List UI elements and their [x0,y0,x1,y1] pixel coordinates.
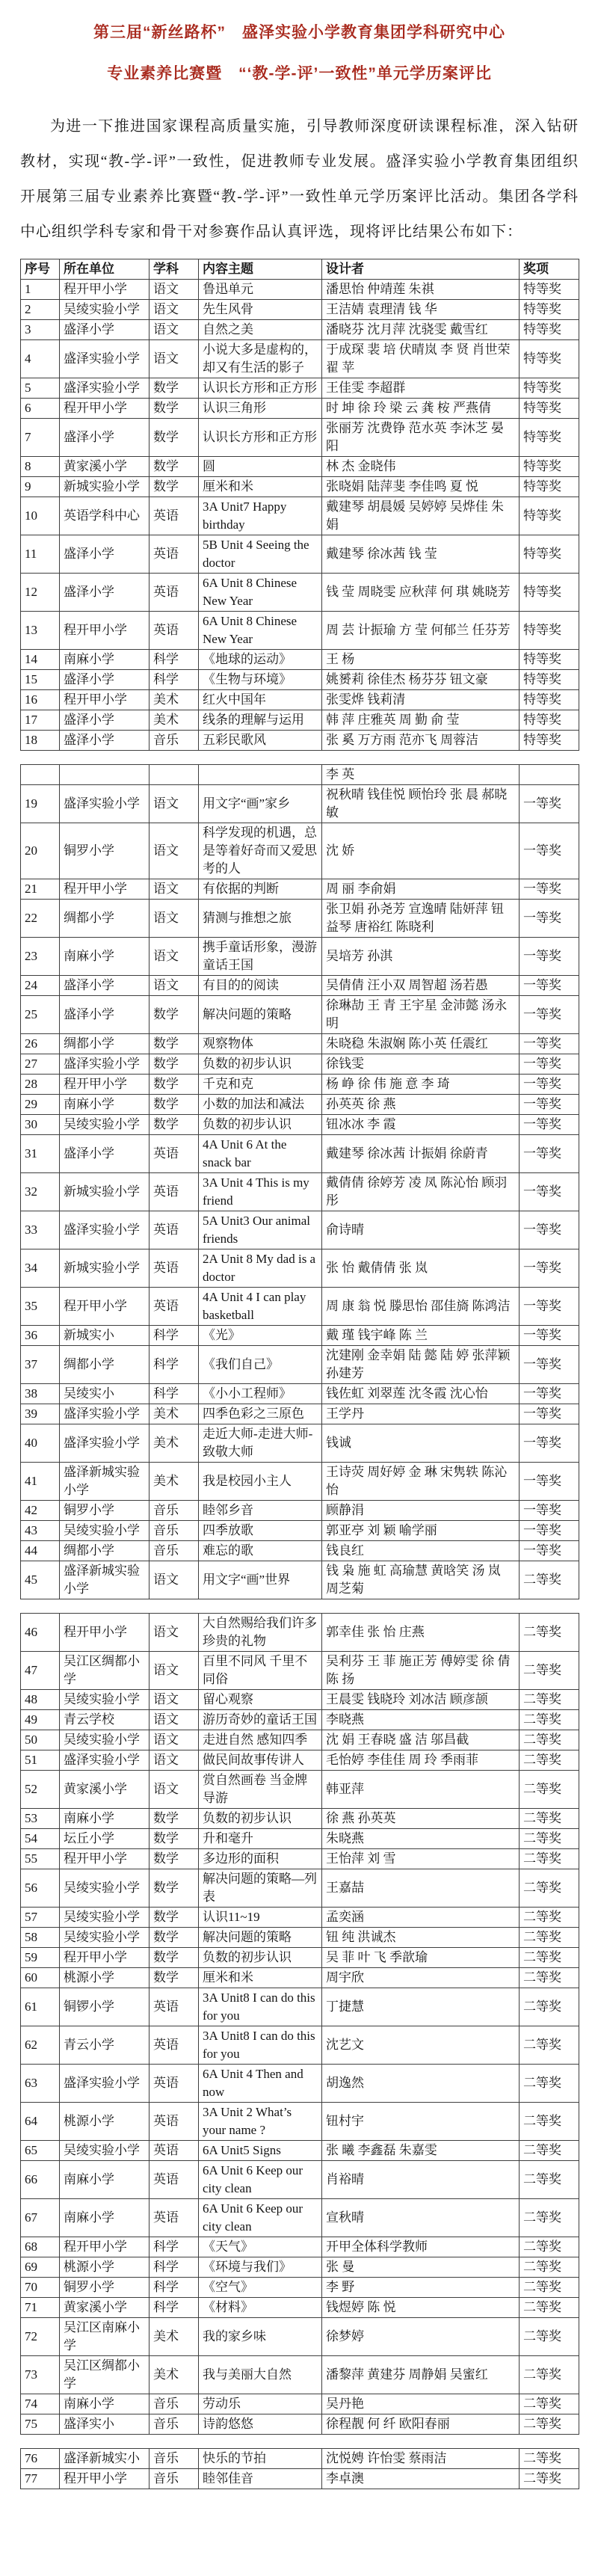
cell-school: 绸都小学 [60,1541,149,1561]
cell-no: 34 [21,1249,60,1288]
cell-topic: 劳动乐 [199,2394,322,2414]
cell-school: 桃源小学 [60,2257,149,2278]
cell-school: 吴绫实验小学 [60,1521,149,1541]
cell-subject: 英语 [149,2026,199,2065]
table-row: 29南麻小学数学小数的加法和减法孙英英 徐 燕一等奖 [21,1095,579,1115]
table-row: 9新城实验小学数学厘米和米张晓娟 陆萍斐 李佳鸣 夏 悦特等奖 [21,477,579,497]
cell-award: 二等奖 [520,1948,579,1968]
cell-award: 特等奖 [520,574,579,612]
table-row: 31盛泽小学英语4A Unit 6 At the snack bar戴建琴 徐冰… [21,1135,579,1173]
cell-designers: 徐钱雯 [322,1054,520,1075]
cell-no: 23 [21,938,60,976]
cell-subject: 语文 [149,1652,199,1690]
cell-topic: 认识11~19 [199,1908,322,1928]
cell-designers: 顾静涓 [322,1501,520,1521]
cell-subject: 科学 [149,2278,199,2298]
cell-no: 39 [21,1404,60,1424]
cell-no: 21 [21,879,60,900]
cell-designers: 张 曦 李鑫磊 朱嘉雯 [322,2141,520,2161]
cell-school: 盛泽小学 [60,976,149,996]
cell-subject: 语文 [149,320,199,340]
cell-designers: 王怡萍 刘 雪 [322,1849,520,1869]
cell-designers: 肖裕晴 [322,2161,520,2199]
cell-subject: 数学 [149,1928,199,1948]
cell-no: 27 [21,1054,60,1075]
cell-designers: 钱 枭 施 虹 高瑜慧 黄晗笑 汤 岚 周芝菊 [322,1561,520,1599]
cell-school: 程开甲小学 [60,1948,149,1968]
cell-designers: 张 奚 万方雨 范亦飞 周蓉洁 [322,731,520,751]
cell-designers: 钮冰冰 李 霞 [322,1115,520,1135]
cell-subject: 音乐 [149,731,199,751]
table-row: 57吴绫实验小学数学认识11~19孟奕涵二等奖 [21,1908,579,1928]
award-tables: 序号所在单位学科内容主题设计者奖项1程开甲小学语文鲁迅单元潘思怡 仲靖莲 朱祺特… [20,259,579,2489]
cell-no: 57 [21,1908,60,1928]
cell-designers: 张丽芳 沈费铮 范水英 李沐芝 晏 阳 [322,419,520,457]
cell-subject: 数学 [149,1908,199,1928]
cell-topic: 2A Unit 8 My dad is a doctor [199,1249,322,1288]
cell-no: 9 [21,477,60,497]
cell-topic: 负数的初步认识 [199,1054,322,1075]
cell-designers: 朱晓稳 朱淑娴 陈小英 任震红 [322,1034,520,1054]
table-row: 25盛泽小学数学解决问题的策略徐琳劼 王 青 王宇星 金沛懿 汤永明一等奖 [21,996,579,1034]
cell-award: 二等奖 [520,2161,579,2199]
cell-subject: 英语 [149,1135,199,1173]
table-row: 6程开甲小学数学认识三角形时 坤 徐 玲 梁 云 龚 桉 严燕倩特等奖 [21,399,579,419]
cell-school: 吴江区绸都小学 [60,1652,149,1690]
cell-no: 71 [21,2298,60,2318]
cell-topic: 我的家乡味 [199,2318,322,2356]
cell-award: 一等奖 [520,1541,579,1561]
cell-no: 64 [21,2103,60,2141]
cell-designers: 潘思怡 仲靖莲 朱祺 [322,280,520,300]
table-row: 46程开甲小学语文大自然赐给我们许多珍贵的礼物郭幸佳 张 怡 庄燕二等奖 [21,1614,579,1652]
cell-designers: 潘晓芬 沈月萍 沈骁雯 戴雪红 [322,320,520,340]
table-row: 63盛泽实验小学英语6A Unit 4 Then and now胡逸然二等奖 [21,2065,579,2103]
cell-no: 42 [21,1501,60,1521]
cell-award: 二等奖 [520,2356,579,2394]
award-table-segment-1: 序号所在单位学科内容主题设计者奖项1程开甲小学语文鲁迅单元潘思怡 仲靖莲 朱祺特… [20,259,579,751]
award-table-segment-2: 李 英19盛泽实验小学语文用文字“画”家乡祝秋晴 钱佳悦 顾怡玲 张 晨 郝晓敏… [20,764,579,1599]
cell-topic: 厘米和米 [199,1968,322,1988]
cell-subject: 数学 [149,419,199,457]
table-row: 42铜罗小学音乐睦邻乡音顾静涓一等奖 [21,1501,579,1521]
cell-no: 58 [21,1928,60,1948]
cell-award: 特等奖 [520,300,579,320]
cell-subject: 数学 [149,1809,199,1829]
cell-award: 二等奖 [520,2065,579,2103]
cell-designers: 钱煜婷 陈 悦 [322,2298,520,2318]
cell-no: 47 [21,1652,60,1690]
table-row: 53南麻小学数学负数的初步认识徐 燕 孙英英二等奖 [21,1809,579,1829]
cell-designers: 于成琛 裴 培 伏晴岚 李 贤 肖世荣 翟 苹 [322,340,520,378]
cell-school: 南麻小学 [60,2199,149,2237]
cell-topic: 《天气》 [199,2237,322,2257]
cell-school: 南麻小学 [60,938,149,976]
table-row: 19盛泽实验小学语文用文字“画”家乡祝秋晴 钱佳悦 顾怡玲 张 晨 郝晓敏一等奖 [21,785,579,823]
table-row: 72吴江区南麻小学美术我的家乡味徐梦婷二等奖 [21,2318,579,2356]
cell-subject: 美术 [149,1404,199,1424]
cell-award: 二等奖 [520,1988,579,2026]
cell-no: 14 [21,650,60,670]
cell-designers: 孙英英 徐 燕 [322,1095,520,1115]
cell-no: 55 [21,1849,60,1869]
cell-school: 盛泽新城实验小学 [60,1463,149,1501]
table-row: 24盛泽小学语文有目的的阅读吴倩倩 汪小双 周智超 汤若愚一等奖 [21,976,579,996]
cell-designers: 李 野 [322,2278,520,2298]
cell-no: 70 [21,2278,60,2298]
cell-subject: 音乐 [149,1521,199,1541]
cell-subject: 英语 [149,1173,199,1211]
cell-designers: 钱良红 [322,1541,520,1561]
cell-designers: 李卓澳 [322,2469,520,2489]
cell-designers: 俞诗晴 [322,1211,520,1249]
cell-designers: 沈悦娉 许怡雯 蔡雨洁 [322,2449,520,2469]
cell-award: 特等奖 [520,320,579,340]
cell-award: 特等奖 [520,690,579,710]
cell-designers: 王嘉喆 [322,1869,520,1908]
table-row: 71黄家溪小学科学《材料》钱煜婷 陈 悦二等奖 [21,2298,579,2318]
cell-school: 盛泽实验小学 [60,1424,149,1463]
cell-subject: 科学 [149,650,199,670]
cell-school: 吴绫实验小学 [60,1730,149,1750]
cell-award: 二等奖 [520,1869,579,1908]
cell-topic: 6A Unit 6 Keep our city clean [199,2161,322,2199]
cell-award: 一等奖 [520,1501,579,1521]
cell-topic: 6A Unit 8 Chinese New Year [199,574,322,612]
cell-designers: 沈 娟 王春晓 盛 洁 邬昌截 [322,1730,520,1750]
cell-designers: 吴倩倩 汪小双 周智超 汤若愚 [322,976,520,996]
table-row: 61铜锣小学英语3A Unit8 I can do this for you丁捷… [21,1988,579,2026]
cell-no: 20 [21,823,60,879]
cell-designers: 宣秋晴 [322,2199,520,2237]
cell-subject: 英语 [149,1988,199,2026]
cell-award: 二等奖 [520,2237,579,2257]
cell-school: 盛泽小学 [60,731,149,751]
cell-subject: 英语 [149,2065,199,2103]
cell-no: 73 [21,2356,60,2394]
cell-award: 一等奖 [520,785,579,823]
cell-school: 盛泽实验小学 [60,2065,149,2103]
cell-no: 50 [21,1730,60,1750]
cell-school: 吴绫实验小学 [60,1869,149,1908]
cell-subject: 美术 [149,710,199,731]
cell-topic: 厘米和米 [199,477,322,497]
cell-award: 二等奖 [520,1968,579,1988]
table-row: 7盛泽小学数学认识长方形和正方形张丽芳 沈费铮 范水英 李沐芝 晏 阳特等奖 [21,419,579,457]
cell-subject [149,765,199,785]
cell-designers: 徐梦婷 [322,2318,520,2356]
cell-no: 1 [21,280,60,300]
intro-paragraph: 为进一下推进国家课程高质量实施，引导教师深度研读课程标准，深入钻研教材，实现“教… [20,109,579,250]
cell-award: 二等奖 [520,1614,579,1652]
table-row: 16程开甲小学美术红火中国年张雯烨 钱莉清特等奖 [21,690,579,710]
cell-no: 35 [21,1288,60,1326]
cell-topic: 《空气》 [199,2278,322,2298]
cell-school: 吴绫实验小学 [60,2141,149,2161]
cell-no: 31 [21,1135,60,1173]
cell-school: 盛泽小学 [60,574,149,612]
cell-topic: 做民间故事传讲人 [199,1750,322,1771]
cell-topic: 赏自然画卷 当金牌导游 [199,1771,322,1809]
table-row: 11盛泽小学英语5B Unit 4 Seeing the doctor戴建琴 徐… [21,535,579,574]
cell-award: 一等奖 [520,823,579,879]
cell-award: 一等奖 [520,1384,579,1404]
cell-award: 二等奖 [520,2103,579,2141]
cell-topic: 我是校园小主人 [199,1463,322,1501]
cell-designers: 徐琳劼 王 青 王宇星 金沛懿 汤永明 [322,996,520,1034]
cell-subject: 数学 [149,477,199,497]
cell-no: 59 [21,1948,60,1968]
cell-award: 一等奖 [520,1249,579,1288]
cell-subject: 语文 [149,938,199,976]
cell-topic: 6A Unit 6 Keep our city clean [199,2199,322,2237]
cell-topic: 走近大师-走进大师-致敬大师 [199,1424,322,1463]
cell-school: 吴江区绸都小学 [60,2356,149,2394]
cell-topic: 携手童话形象，漫游童话王国 [199,938,322,976]
table-row: 76盛泽新城实小音乐快乐的节拍沈悦娉 许怡雯 蔡雨洁二等奖 [21,2449,579,2469]
cell-school: 程开甲小学 [60,1075,149,1095]
cell-no: 43 [21,1521,60,1541]
cell-designers: 周 丽 李俞娟 [322,879,520,900]
cell-subject: 音乐 [149,2469,199,2489]
cell-topic: 6A Unit 4 Then and now [199,2065,322,2103]
cell-topic: 3A Unit8 I can do this for you [199,1988,322,2026]
cell-no: 5 [21,378,60,399]
table-row: 13程开甲小学英语6A Unit 8 Chinese New Year周 芸 计… [21,612,579,650]
cell-school: 南麻小学 [60,2394,149,2414]
cell-subject: 数学 [149,457,199,477]
cell-award: 二等奖 [520,1809,579,1829]
table-row: 41盛泽新城实验小学美术我是校园小主人王诗荧 周好婷 金 琳 宋隽轶 陈沁怡一等… [21,1463,579,1501]
cell-topic: 先生风骨 [199,300,322,320]
cell-school: 程开甲小学 [60,280,149,300]
cell-subject: 科学 [149,2257,199,2278]
cell-designers: 戴倩倩 徐婷芳 凌 凤 陈沁怡 顾羽彤 [322,1173,520,1211]
cell-school: 盛泽小学 [60,1135,149,1173]
cell-subject: 英语 [149,612,199,650]
table-row: 47吴江区绸都小学语文百里不同风 千里不同俗吴利芬 王 菲 施正芳 傅婷雯 徐 … [21,1652,579,1690]
cell-designers: 吴利芬 王 菲 施正芳 傅婷雯 徐 倩 陈 扬 [322,1652,520,1690]
table-row: 1程开甲小学语文鲁迅单元潘思怡 仲靖莲 朱祺特等奖 [21,280,579,300]
cell-topic: 大自然赐给我们许多珍贵的礼物 [199,1614,322,1652]
table-row: 45盛泽新城实验小学语文用文字“画”世界钱 枭 施 虹 高瑜慧 黄晗笑 汤 岚 … [21,1561,579,1599]
cell-school: 铜罗小学 [60,2278,149,2298]
cell-no: 18 [21,731,60,751]
table-row: 55程开甲小学数学多边形的面积王怡萍 刘 雪二等奖 [21,1849,579,1869]
table-row: 54坛丘小学数学升和毫升朱晓燕二等奖 [21,1829,579,1849]
cell-award: 一等奖 [520,1075,579,1095]
cell-no: 68 [21,2237,60,2257]
cell-school: 程开甲小学 [60,1288,149,1326]
cell-designers: 王佳雯 李超群 [322,378,520,399]
cell-award: 一等奖 [520,1346,579,1384]
table-row: 8黄家溪小学数学圆林 杰 金晓伟特等奖 [21,457,579,477]
cell-no: 25 [21,996,60,1034]
table-row: 12盛泽小学英语6A Unit 8 Chinese New Year钱 莹 周晓… [21,574,579,612]
cell-subject: 美术 [149,1424,199,1463]
cell-subject: 美术 [149,2356,199,2394]
table-row: 32新城实验小学英语3A Unit 4 This is my friend戴倩倩… [21,1173,579,1211]
table-row: 14南麻小学科学《地球的运动》王 杨特等奖 [21,650,579,670]
cell-topic: 6A Unit5 Signs [199,2141,322,2161]
cell-award: 特等奖 [520,731,579,751]
table-row: 26绸都小学数学观察物体朱晓稳 朱淑娴 陈小英 任震红一等奖 [21,1034,579,1054]
cell-school: 盛泽新城实小 [60,2449,149,2469]
cell-subject: 语文 [149,1561,199,1599]
cell-designers: 王诗荧 周好婷 金 琳 宋隽轶 陈沁怡 [322,1463,520,1501]
cell-school: 吴绫实验小学 [60,1908,149,1928]
table-row: 36新城实小科学《光》戴 瑾 钱宇峰 陈 兰一等奖 [21,1326,579,1346]
table-row: 49青云学校语文游历奇妙的童话王国李晓燕二等奖 [21,1710,579,1730]
cell-award: 一等奖 [520,976,579,996]
cell-topic: 负数的初步认识 [199,1809,322,1829]
cell-subject: 数学 [149,1075,199,1095]
table-row: 51盛泽实验小学语文做民间故事传讲人毛怡婷 李佳佳 周 玲 季雨菲二等奖 [21,1750,579,1771]
cell-award: 一等奖 [520,1135,579,1173]
cell-subject: 科学 [149,1384,199,1404]
cell-topic: 6A Unit 8 Chinese New Year [199,612,322,650]
cell-designers: 徐程靓 何 纤 欧阳春丽 [322,2414,520,2435]
cell-subject: 数学 [149,1054,199,1075]
cell-subject: 音乐 [149,2414,199,2435]
cell-topic: 猜测与推想之旅 [199,900,322,938]
column-header-subject: 学科 [149,259,199,280]
cell-designers: 王 杨 [322,650,520,670]
cell-subject: 数学 [149,1849,199,1869]
doc-title-line2: 专业素养比赛暨 “‘教-学-评’一致性”单元学历案评比 [20,53,579,94]
cell-school: 吴绫实验小学 [60,1690,149,1710]
cell-no: 51 [21,1750,60,1771]
table-row: 77程开甲小学音乐睦邻佳音李卓澳二等奖 [21,2469,579,2489]
cell-school: 吴江区南麻小学 [60,2318,149,2356]
cell-school: 盛泽实验小学 [60,1750,149,1771]
cell-no: 56 [21,1869,60,1908]
cell-subject: 数学 [149,1968,199,1988]
table-row: 28程开甲小学数学千克和克杨 峥 徐 伟 施 意 李 琦一等奖 [21,1075,579,1095]
table-row: 2吴绫实验小学语文先生风骨王洁婧 袁理清 钱 华特等奖 [21,300,579,320]
table-row: 18盛泽小学音乐五彩民歌风张 奚 万方雨 范亦飞 周蓉洁特等奖 [21,731,579,751]
cell-no: 26 [21,1034,60,1054]
cell-designers: 毛怡婷 李佳佳 周 玲 季雨菲 [322,1750,520,1771]
cell-subject: 数学 [149,378,199,399]
cell-topic: 四季色彩之三原色 [199,1404,322,1424]
cell-school: 铜锣小学 [60,1988,149,2026]
cell-designers: 郭亚亭 刘 颖 喻学丽 [322,1521,520,1541]
cell-topic: 升和毫升 [199,1829,322,1849]
cell-award: 一等奖 [520,938,579,976]
cell-award: 特等奖 [520,419,579,457]
cell-no: 53 [21,1809,60,1829]
cell-award: 一等奖 [520,1521,579,1541]
cell-designers: 戴 瑾 钱宇峰 陈 兰 [322,1326,520,1346]
document-page: 第三届“新丝路杯” 盛泽实验小学教育集团学科研究中心 专业素养比赛暨 “‘教-学… [0,0,598,2576]
column-header-designers: 设计者 [322,259,520,280]
cell-no: 6 [21,399,60,419]
cell-designers: 钮 纯 洪诚杰 [322,1928,520,1948]
cell-school: 铜罗小学 [60,1501,149,1521]
cell-subject: 语文 [149,879,199,900]
cell-subject: 英语 [149,574,199,612]
cell-subject: 语文 [149,900,199,938]
cell-no: 22 [21,900,60,938]
cell-no: 13 [21,612,60,650]
cell-topic: 5B Unit 4 Seeing the doctor [199,535,322,574]
cell-no: 12 [21,574,60,612]
cell-school: 盛泽实验小学 [60,340,149,378]
cell-designers: 开甲全体科学教师 [322,2237,520,2257]
cell-award: 特等奖 [520,497,579,535]
cell-designers: 时 坤 徐 玲 梁 云 龚 桉 严燕倩 [322,399,520,419]
cell-designers: 王晨雯 钱晓玲 刘冰洁 顾彦颉 [322,1690,520,1710]
cell-award: 二等奖 [520,1690,579,1710]
cell-school: 桃源小学 [60,2103,149,2141]
table-row: 15盛泽小学科学《生物与环境》姚赟莉 徐佳杰 杨芬芬 钮文豪特等奖 [21,670,579,690]
cell-school: 盛泽小学 [60,996,149,1034]
table-row: 52黄家溪小学语文赏自然画卷 当金牌导游韩亚萍二等奖 [21,1771,579,1809]
cell-topic: 4A Unit 4 I can play basketball [199,1288,322,1326]
cell-award: 一等奖 [520,879,579,900]
table-row: 34新城实验小学英语2A Unit 8 My dad is a doctor张 … [21,1249,579,1288]
cell-school: 英语学科中心 [60,497,149,535]
cell-award: 二等奖 [520,2278,579,2298]
cell-no: 36 [21,1326,60,1346]
cell-topic: 小数的加法和减法 [199,1095,322,1115]
cell-designers: 祝秋晴 钱佳悦 顾怡玲 张 晨 郝晓敏 [322,785,520,823]
table-row: 33盛泽实验小学英语5A Unit3 Our animal friends俞诗晴… [21,1211,579,1249]
cell-school: 吴绫实验小学 [60,300,149,320]
cell-subject: 美术 [149,1463,199,1501]
cell-designers: 张卫娟 孙尧芳 宣逸晴 陆妍萍 钮益琴 唐裕红 陈晓利 [322,900,520,938]
cell-designers: 周 芸 计振瑜 方 莹 何郁兰 任芬芳 [322,612,520,650]
cell-designers: 潘黎萍 黄建芬 周静娟 吴蜜红 [322,2356,520,2394]
table-row: 50吴绫实验小学语文走进自然 感知四季沈 娟 王春晓 盛 洁 邬昌截二等奖 [21,1730,579,1750]
cell-designers: 吴培芳 孙淇 [322,938,520,976]
cell-subject: 科学 [149,2237,199,2257]
cell-designers: 周 康 翁 悦 滕思怡 邵佳旖 陈鸿洁 [322,1288,520,1326]
cell-designers: 韩 萍 庄雅英 周 勤 俞 莹 [322,710,520,731]
cell-topic: 解决问题的策略—列表 [199,1869,322,1908]
cell-school: 南麻小学 [60,1809,149,1829]
cell-school: 盛泽小学 [60,670,149,690]
cell-award: 一等奖 [520,1288,579,1326]
cell-topic: 认识长方形和正方形 [199,378,322,399]
cell-topic: 《材料》 [199,2298,322,2318]
cell-subject: 英语 [149,2141,199,2161]
table-row: 37绸都小学科学《我们自己》沈建刚 金幸娟 陆 懿 陆 婷 张萍颖 孙建芳一等奖 [21,1346,579,1384]
cell-no: 69 [21,2257,60,2278]
cell-topic: 解决问题的策略 [199,996,322,1034]
cell-topic: 百里不同风 千里不同俗 [199,1652,322,1690]
cell-subject: 数学 [149,1034,199,1054]
cell-school: 南麻小学 [60,650,149,670]
cell-designers: 丁捷慧 [322,1988,520,2026]
cell-award: 二等奖 [520,2414,579,2435]
cell-school: 程开甲小学 [60,2237,149,2257]
cell-topic: 留心观察 [199,1690,322,1710]
cell-school: 新城实验小学 [60,1173,149,1211]
cell-topic: 难忘的歌 [199,1541,322,1561]
cell-topic: 3A Unit7 Happy birthday [199,497,322,535]
cell-award: 二等奖 [520,2394,579,2414]
cell-designers: 戴建琴 徐冰茜 钱 莹 [322,535,520,574]
cell-subject: 语文 [149,1690,199,1710]
cell-topic: 诗韵悠悠 [199,2414,322,2435]
cell-school: 青云学校 [60,1710,149,1730]
cell-subject: 数学 [149,996,199,1034]
table-row: 70铜罗小学科学《空气》李 野二等奖 [21,2278,579,2298]
cell-award: 一等奖 [520,1034,579,1054]
cell-subject: 语文 [149,785,199,823]
